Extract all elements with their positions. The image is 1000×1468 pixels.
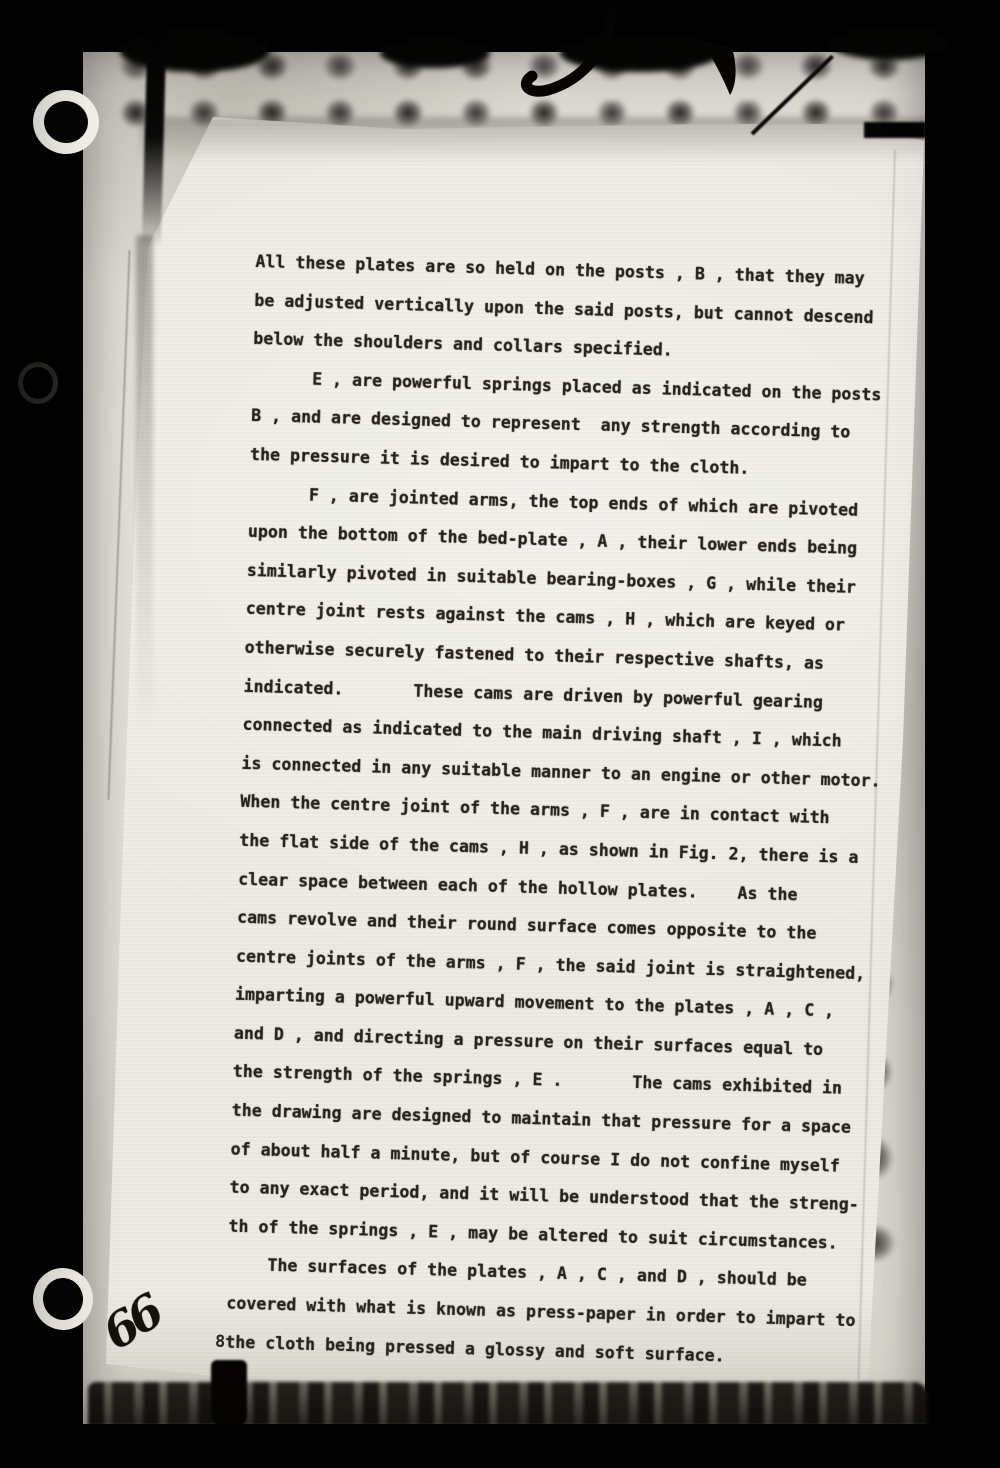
- punch-hole-ghost-ring: [18, 362, 58, 404]
- page-number: 8: [215, 1332, 226, 1352]
- microfilm-scan-frame: All these plates are so held on the post…: [0, 0, 1000, 1468]
- page-crease-band: [136, 235, 153, 735]
- clamp-mark: [211, 1360, 247, 1426]
- film-edge-bottom: [0, 1424, 1000, 1468]
- typed-text-block: All these plates are so held on the post…: [225, 243, 936, 1381]
- film-edge-left: [0, 0, 83, 1468]
- film-edge-right: [925, 0, 1000, 1468]
- horizontal-ink-bar: [864, 122, 926, 138]
